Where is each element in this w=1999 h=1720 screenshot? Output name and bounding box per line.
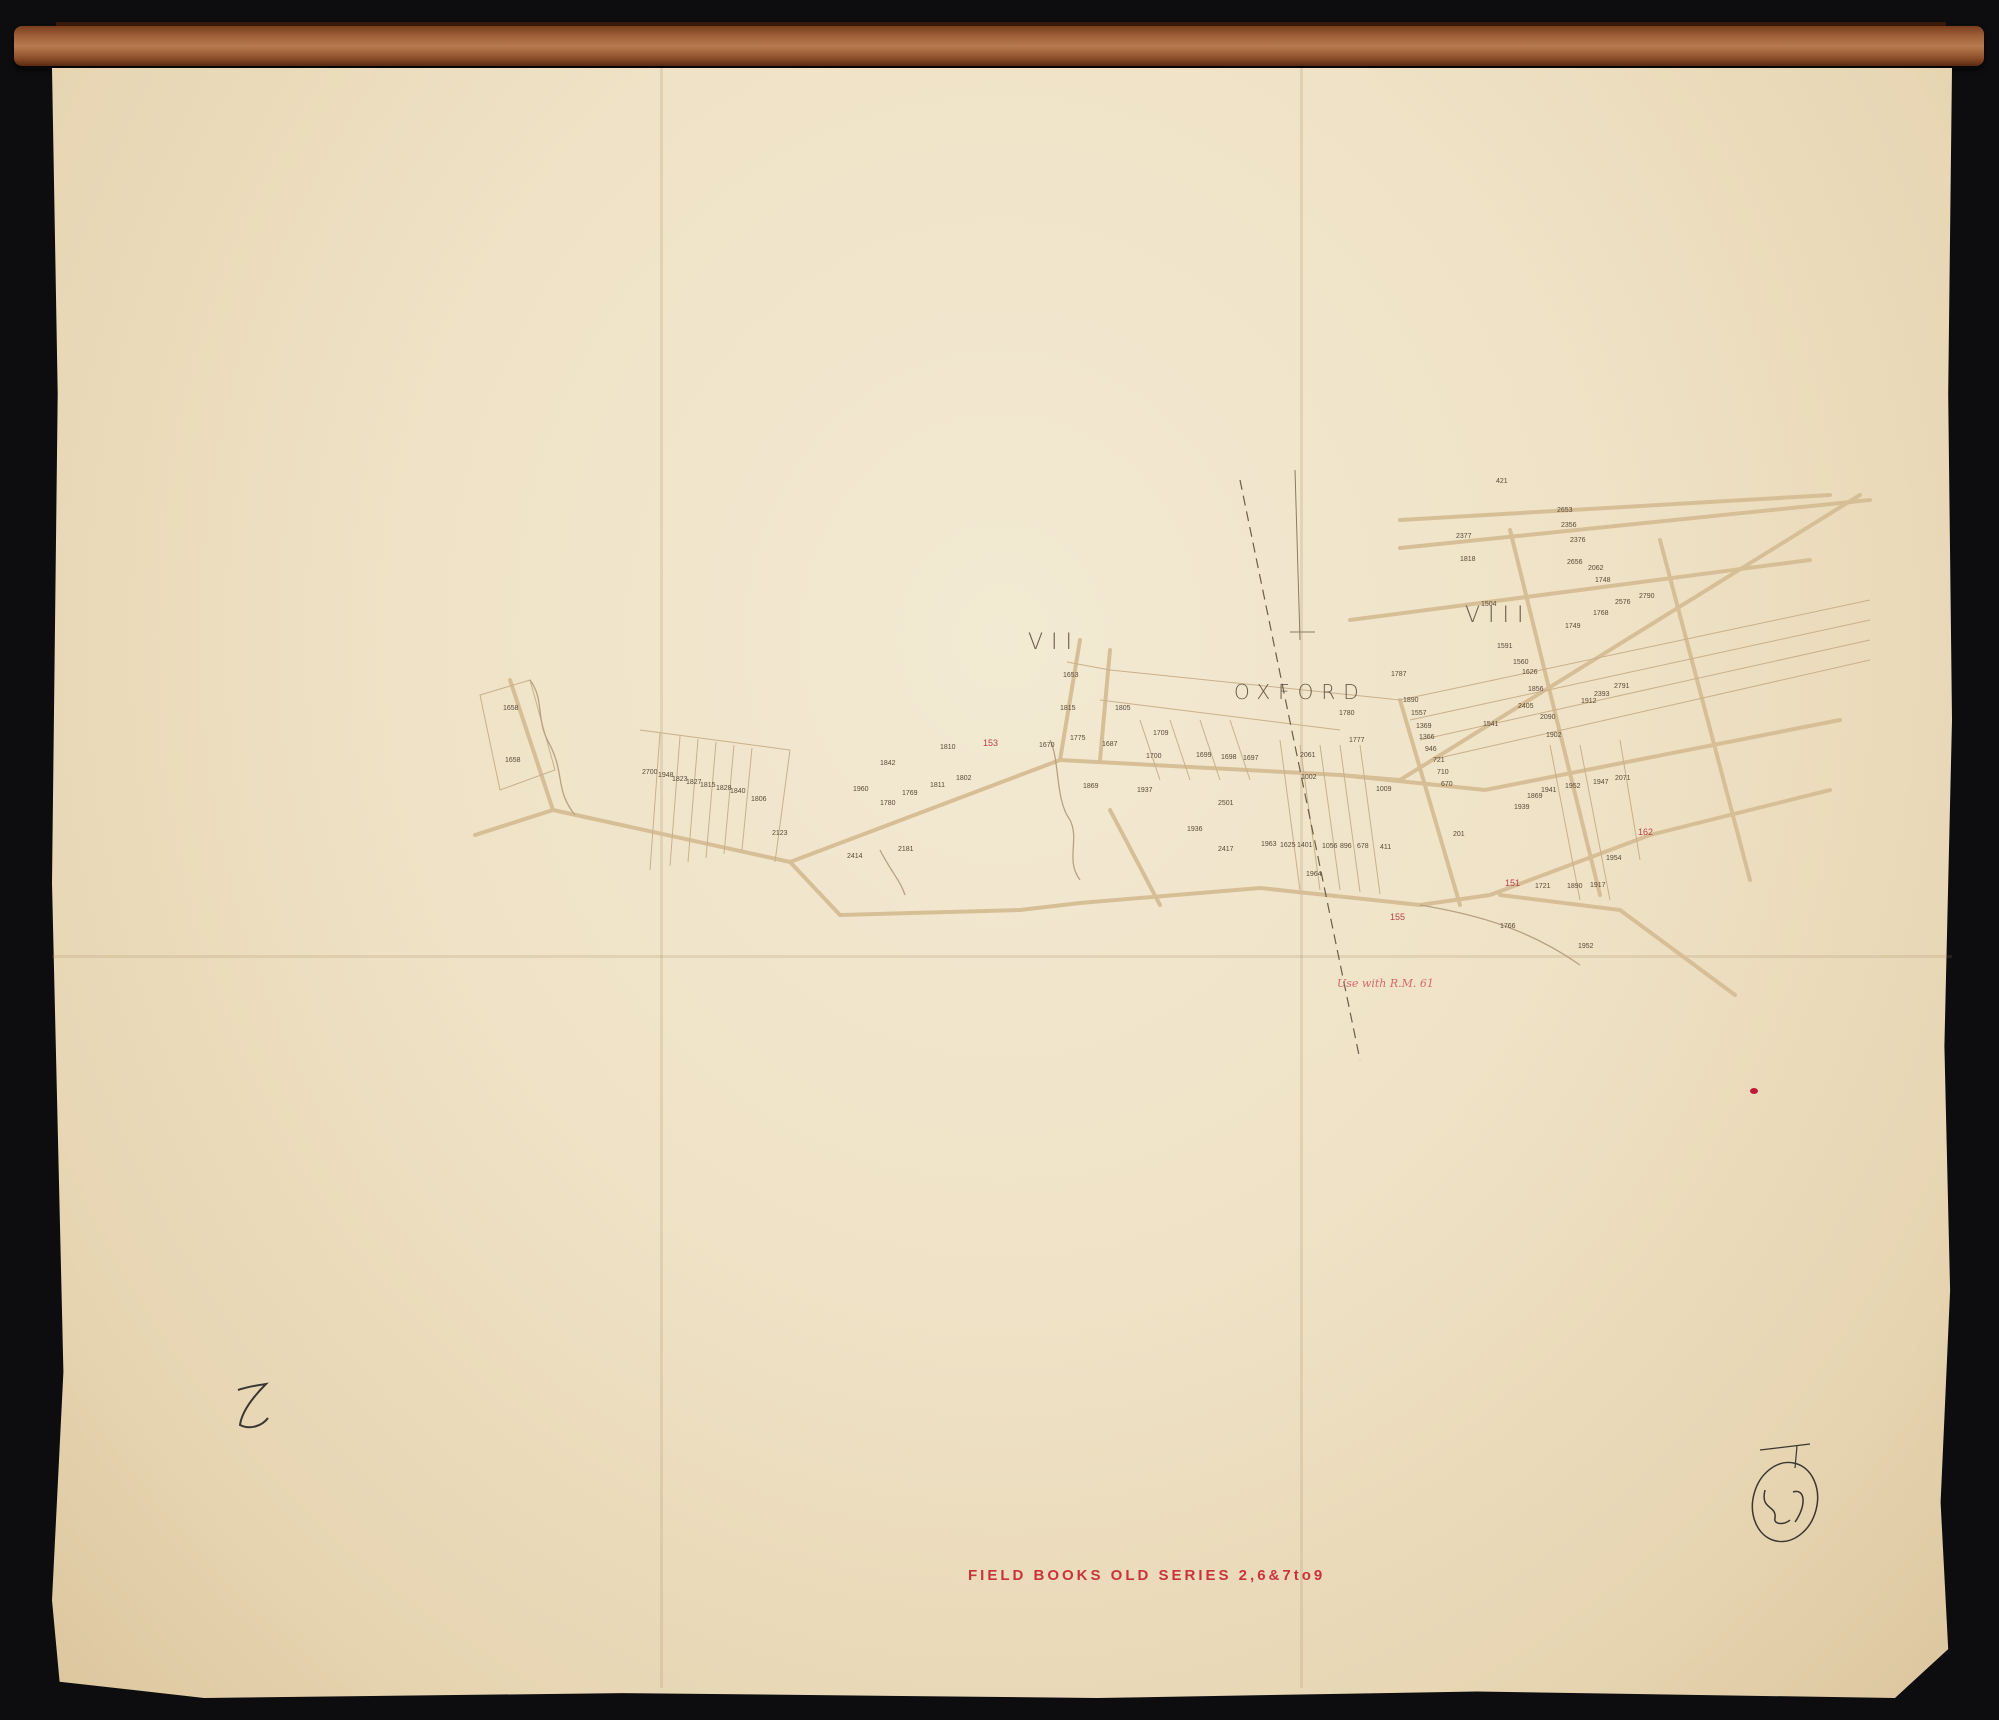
section-number: 2090 [1540, 714, 1556, 721]
section-number: 1941 [1541, 787, 1557, 794]
red-section-151: 151 [1505, 878, 1520, 888]
section-number: 2791 [1614, 683, 1630, 690]
section-number: 1805 [1115, 705, 1131, 712]
section-number: 1626 [1522, 669, 1538, 676]
section-number: 1625 [1280, 842, 1296, 849]
section-number: 1902 [1546, 732, 1562, 739]
section-number: 1009 [1376, 786, 1392, 793]
section-number: 1937 [1137, 787, 1153, 794]
section-number: 1749 [1565, 623, 1581, 630]
section-number: 721 [1433, 757, 1445, 764]
section-number: 1780 [1339, 710, 1355, 717]
section-number: 2501 [1218, 800, 1234, 807]
section-number: 1912 [1581, 698, 1597, 705]
section-number: 2417 [1218, 846, 1234, 853]
section-number: 2790 [1639, 593, 1655, 600]
section-number: 1775 [1070, 735, 1086, 742]
section-number: 201 [1453, 831, 1465, 838]
section-number: 2062 [1588, 565, 1604, 572]
section-number: 2405 [1518, 703, 1534, 710]
section-number: 1787 [1391, 671, 1407, 678]
section-number: 1658 [505, 757, 521, 764]
section-number: 1699 [1196, 752, 1212, 759]
red-section-153: 153 [983, 738, 998, 748]
section-number: 1806 [751, 796, 767, 803]
section-number: 1952 [1565, 783, 1581, 790]
section-number: 2653 [1557, 507, 1573, 514]
section-number: 896 [1340, 843, 1352, 850]
red-section-162: 162 [1638, 827, 1653, 837]
section-number: 1936 [1187, 826, 1203, 833]
section-number: 1557 [1411, 710, 1427, 717]
district-label-vii: VII [1028, 630, 1080, 655]
section-number: 2377 [1456, 533, 1472, 540]
section-number: 670 [1441, 781, 1453, 788]
section-number: 1697 [1243, 755, 1259, 762]
section-number: 1721 [1535, 883, 1551, 890]
section-number: 2393 [1594, 691, 1610, 698]
section-number: 2356 [1561, 522, 1577, 529]
section-number: 1541 [1483, 721, 1499, 728]
section-number: 411 [1380, 844, 1391, 851]
section-number: 1890 [1567, 883, 1583, 890]
section-number: 1748 [1595, 577, 1611, 584]
section-number: 1658 [503, 705, 519, 712]
section-number: 2576 [1615, 599, 1631, 606]
section-number: 2656 [1567, 559, 1583, 566]
survey-linework [0, 0, 1999, 1720]
section-number: 1769 [902, 790, 918, 797]
section-number: 1954 [1606, 855, 1622, 862]
section-number: 1840 [730, 788, 746, 795]
section-number: 1056 [1322, 843, 1338, 850]
section-number: 1960 [853, 786, 869, 793]
section-number: 1811 [930, 782, 945, 789]
section-number: 1766 [1500, 923, 1516, 930]
section-number: 1952 [1578, 943, 1594, 950]
section-number: 1401 [1297, 842, 1313, 849]
title-stamp: FIELD BOOKS OLD SERIES 2,6&7to9 [968, 1567, 1325, 1584]
section-number: 946 [1425, 746, 1437, 753]
section-number: 1963 [1261, 841, 1277, 848]
section-number: 1777 [1349, 737, 1365, 744]
section-number: 1768 [1593, 610, 1609, 617]
section-number: 1964 [1306, 871, 1322, 878]
district-label-viii: VIII [1465, 603, 1532, 628]
section-number: 2376 [1570, 537, 1586, 544]
section-number: 2071 [1615, 775, 1631, 782]
section-number: 2414 [847, 853, 863, 860]
section-number: 1842 [880, 760, 896, 767]
section-number: 1369 [1416, 723, 1432, 730]
section-number: 678 [1357, 843, 1369, 850]
red-ink-spot [1750, 1088, 1758, 1094]
section-number: 2123 [772, 830, 788, 837]
section-number: 1869 [1527, 793, 1543, 800]
section-number: 1002 [1301, 774, 1317, 781]
red-annotation: Use with R.M. 61 [1337, 977, 1434, 990]
section-number: 1939 [1514, 804, 1530, 811]
section-number: 1653 [1063, 672, 1079, 679]
section-number: 1687 [1102, 741, 1118, 748]
section-number: 421 [1496, 478, 1508, 485]
section-number: 1947 [1593, 779, 1609, 786]
section-number: 1818 [1460, 556, 1476, 563]
section-number: 1810 [940, 744, 956, 751]
section-number: 1670 [1039, 742, 1055, 749]
section-number: 1815 [1060, 705, 1076, 712]
red-section-155: 155 [1390, 912, 1405, 922]
section-number: 1890 [1403, 697, 1419, 704]
section-number: 1700 [1146, 753, 1162, 760]
section-number: 2700 [642, 769, 658, 776]
section-number: 1560 [1513, 659, 1529, 666]
section-number: 1815 [700, 782, 716, 789]
pencil-mark-left [230, 1380, 290, 1440]
section-number: 1698 [1221, 754, 1237, 761]
section-number: 1780 [880, 800, 896, 807]
section-number: 1709 [1153, 730, 1169, 737]
section-number: 1917 [1590, 882, 1606, 889]
section-number: 710 [1437, 769, 1449, 776]
section-number: 1856 [1528, 686, 1544, 693]
pencil-circled-number [1735, 1440, 1835, 1550]
section-number: 2181 [898, 846, 914, 853]
place-name-oxford: OXFORD [1234, 680, 1367, 704]
section-number: 1366 [1419, 734, 1435, 741]
section-number: 1802 [956, 775, 972, 782]
section-number: 1869 [1083, 783, 1099, 790]
section-number: 2061 [1300, 752, 1316, 759]
section-number: 1591 [1497, 643, 1513, 650]
